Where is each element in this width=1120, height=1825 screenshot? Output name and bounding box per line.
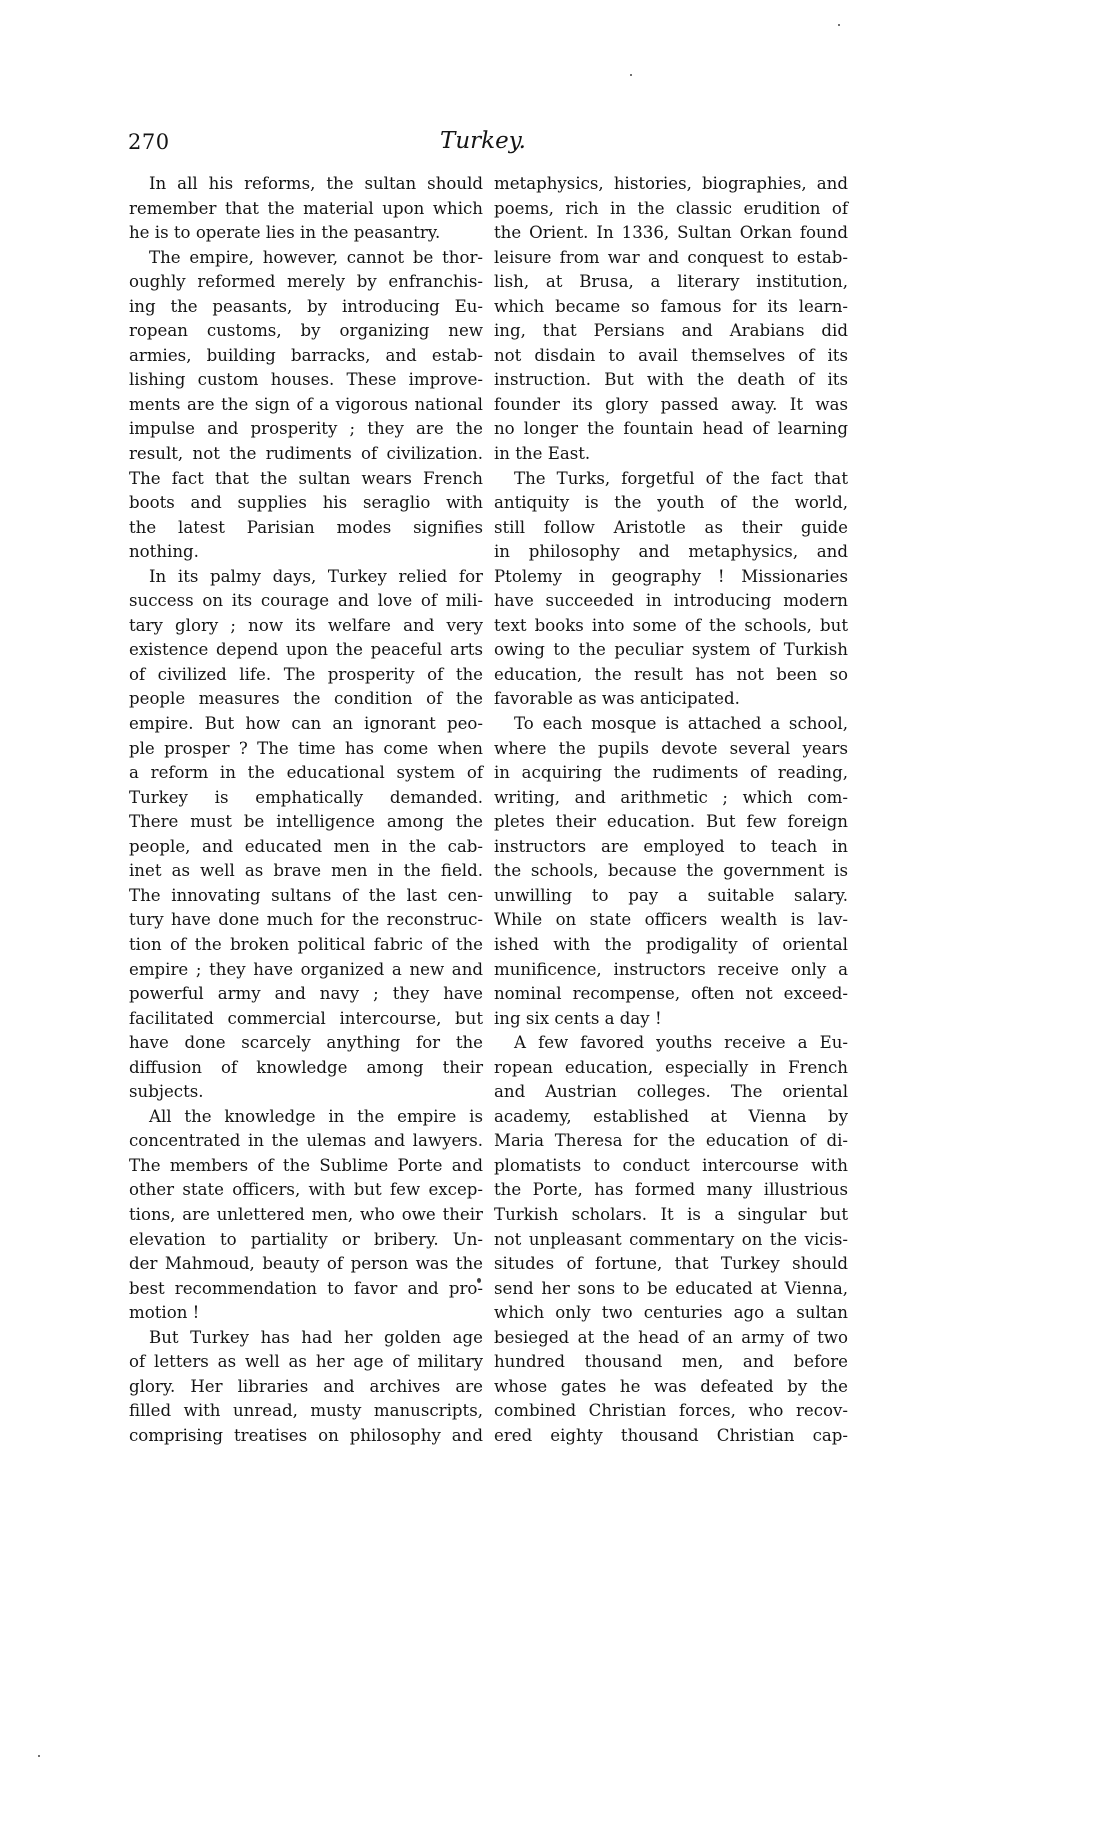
text-line: boots and supplies his seraglio with — [129, 491, 483, 516]
page-number: 270 — [128, 130, 170, 154]
text-line: facilitated commercial intercourse, but — [129, 1007, 483, 1032]
text-line: plomatists to conduct intercourse with — [494, 1154, 848, 1179]
text-line: powerful army and navy ; they have — [129, 982, 483, 1007]
text-line: have done scarcely anything for the — [129, 1031, 483, 1056]
text-line: in acquiring the rudiments of reading, — [494, 761, 848, 786]
text-line: der Mahmoud, beauty of person was the — [129, 1252, 483, 1277]
text-line: A few favored youths receive a Eu- — [494, 1031, 848, 1056]
text-line: tion of the broken political fabric of t… — [129, 933, 483, 958]
text-line: The innovating sultans of the last cen- — [129, 884, 483, 909]
text-line: ropean customs, by organizing new — [129, 319, 483, 344]
text-line: the schools, because the government is — [494, 859, 848, 884]
text-line: people, and educated men in the cab- — [129, 835, 483, 860]
text-line: metaphysics, histories, biographies, and — [494, 172, 848, 197]
text-line: situdes of fortune, that Turkey should — [494, 1252, 848, 1277]
text-line: ered eighty thousand Christian cap- — [494, 1424, 848, 1449]
text-line: a reform in the educational system of — [129, 761, 483, 786]
text-line: the latest Parisian modes signifies — [129, 516, 483, 541]
text-line: education, the result has not been so — [494, 663, 848, 688]
text-line: In its palmy days, Turkey relied for — [129, 565, 483, 590]
text-line: leisure from war and conquest to estab- — [494, 246, 848, 271]
text-line: nominal recompense, often not exceed- — [494, 982, 848, 1007]
text-line: lish, at Brusa, a literary institution, — [494, 270, 848, 295]
text-line: subjects. — [129, 1080, 483, 1105]
text-line: existence depend upon the peaceful arts — [129, 638, 483, 663]
text-line: founder its glory passed away. It was — [494, 393, 848, 418]
text-line: The Turks, forgetful of the fact that — [494, 467, 848, 492]
text-line: inet as well as brave men in the field. — [129, 859, 483, 884]
text-line: To each mosque is attached a school, — [494, 712, 848, 737]
text-line: comprising treatises on philosophy and — [129, 1424, 483, 1449]
text-line: The fact that the sultan wears French — [129, 467, 483, 492]
text-line: Turkey is emphatically demanded. — [129, 786, 483, 811]
text-line: besieged at the head of an army of two — [494, 1326, 848, 1351]
running-title: Turkey. — [440, 128, 526, 154]
text-line: tury have done much for the reconstruc- — [129, 908, 483, 933]
text-line: armies, building barracks, and estab- — [129, 344, 483, 369]
text-line: empire. But how can an ignorant peo- — [129, 712, 483, 737]
scan-speck — [38, 1755, 40, 1757]
text-line: result, not the rudiments of civilizatio… — [129, 442, 483, 467]
text-line: There must be intelligence among the — [129, 810, 483, 835]
text-line: writing, and arithmetic ; which com- — [494, 786, 848, 811]
text-line: in philosophy and metaphysics, and — [494, 540, 848, 565]
text-line: not unpleasant commentary on the vicis- — [494, 1228, 848, 1253]
text-line: unwilling to pay a suitable salary. — [494, 884, 848, 909]
text-line: owing to the peculiar system of Turkish — [494, 638, 848, 663]
text-line: ished with the prodigality of oriental — [494, 933, 848, 958]
text-line: Maria Theresa for the education of di- — [494, 1129, 848, 1154]
scan-speck — [838, 24, 840, 26]
text-line: ments are the sign of a vigorous nationa… — [129, 393, 483, 418]
text-line: he is to operate lies in the peasantry. — [129, 221, 483, 246]
text-line: antiquity is the youth of the world, — [494, 491, 848, 516]
text-line: Ptolemy in geography ! Missionaries — [494, 565, 848, 590]
text-line: of civilized life. The prosperity of the — [129, 663, 483, 688]
scan-speck — [477, 1278, 481, 1283]
text-line: text books into some of the schools, but — [494, 614, 848, 639]
text-line: combined Christian forces, who recov- — [494, 1399, 848, 1424]
text-line: instruction. But with the death of its — [494, 368, 848, 393]
text-line: which became so famous for its learn- — [494, 295, 848, 320]
text-line: and Austrian colleges. The oriental — [494, 1080, 848, 1105]
text-line: motion ! — [129, 1301, 483, 1326]
text-line: The members of the Sublime Porte and — [129, 1154, 483, 1179]
text-line: remember that the material upon which — [129, 197, 483, 222]
text-line: have succeeded in introducing modern — [494, 589, 848, 614]
text-line: munificence, instructors receive only a — [494, 958, 848, 983]
text-line: All the knowledge in the empire is — [129, 1105, 483, 1130]
text-line: in the East. — [494, 442, 848, 467]
text-line: people measures the condition of the — [129, 687, 483, 712]
text-column-right: metaphysics, histories, biographies, and… — [494, 172, 848, 1448]
text-line: oughly reformed merely by enfranchis- — [129, 270, 483, 295]
text-line: glory. Her libraries and archives are — [129, 1375, 483, 1400]
text-line: In all his reforms, the sultan should — [129, 172, 483, 197]
text-line: of letters as well as her age of militar… — [129, 1350, 483, 1375]
text-line: ropean education, especially in French — [494, 1056, 848, 1081]
text-column-left: In all his reforms, the sultan shouldrem… — [129, 172, 483, 1448]
text-line: success on its courage and love of mili- — [129, 589, 483, 614]
text-line: tions, are unlettered men, who owe their — [129, 1203, 483, 1228]
text-line: academy, established at Vienna by — [494, 1105, 848, 1130]
text-line: whose gates he was defeated by the — [494, 1375, 848, 1400]
text-line: tary glory ; now its welfare and very — [129, 614, 483, 639]
text-line: no longer the fountain head of learning — [494, 417, 848, 442]
text-line: still follow Aristotle as their guide — [494, 516, 848, 541]
text-line: nothing. — [129, 540, 483, 565]
text-line: diffusion of knowledge among their — [129, 1056, 483, 1081]
text-line: instructors are employed to teach in — [494, 835, 848, 860]
text-line: send her sons to be educated at Vienna, — [494, 1277, 848, 1302]
text-line: filled with unread, musty manuscripts, — [129, 1399, 483, 1424]
text-line: The empire, however, cannot be thor- — [129, 246, 483, 271]
text-line: which only two centuries ago a sultan — [494, 1301, 848, 1326]
text-line: where the pupils devote several years — [494, 737, 848, 762]
text-line: But Turkey has had her golden age — [129, 1326, 483, 1351]
text-line: empire ; they have organized a new and — [129, 958, 483, 983]
text-line: elevation to partiality or bribery. Un- — [129, 1228, 483, 1253]
text-line: ple prosper ? The time has come when — [129, 737, 483, 762]
text-line: concentrated in the ulemas and lawyers. — [129, 1129, 483, 1154]
text-line: ing six cents a day ! — [494, 1007, 848, 1032]
scan-speck — [630, 74, 632, 76]
text-line: the Porte, has formed many illustrious — [494, 1178, 848, 1203]
text-line: hundred thousand men, and before — [494, 1350, 848, 1375]
text-line: not disdain to avail themselves of its — [494, 344, 848, 369]
text-line: poems, rich in the classic erudition of — [494, 197, 848, 222]
text-line: pletes their education. But few foreign — [494, 810, 848, 835]
text-line: Turkish scholars. It is a singular but — [494, 1203, 848, 1228]
text-line: lishing custom houses. These improve- — [129, 368, 483, 393]
text-line: While on state officers wealth is lav- — [494, 908, 848, 933]
text-line: ing the peasants, by introducing Eu- — [129, 295, 483, 320]
text-line: the Orient. In 1336, Sultan Orkan found — [494, 221, 848, 246]
text-line: best recommendation to favor and pro- — [129, 1277, 483, 1302]
text-line: impulse and prosperity ; they are the — [129, 417, 483, 442]
text-line: other state officers, with but few excep… — [129, 1178, 483, 1203]
text-line: favorable as was anticipated. — [494, 687, 848, 712]
text-line: ing, that Persians and Arabians did — [494, 319, 848, 344]
